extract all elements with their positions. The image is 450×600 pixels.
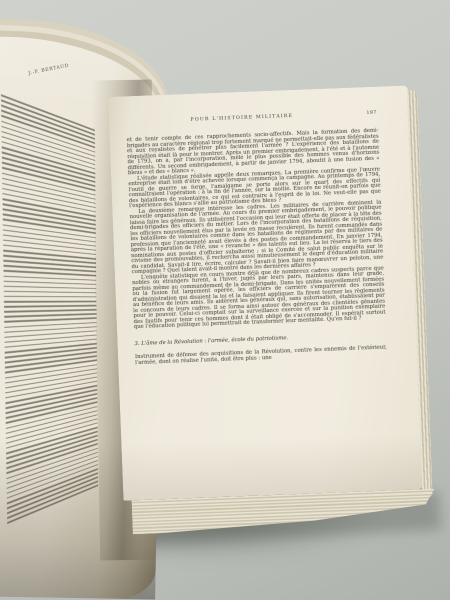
page-text-block: POUR L'HISTOIRE MILITAIRE 197 et de teni… <box>126 111 387 366</box>
page-number: 197 <box>366 111 377 116</box>
fore-edge-page-stack <box>407 90 433 497</box>
closing-paragraph: Instrument de défense des acquisitions d… <box>135 345 387 366</box>
left-running-head: J.-P. BERTAUD <box>28 64 69 77</box>
body-paragraph: La deuxième remarque intéresse les cadre… <box>129 200 383 276</box>
section-heading: 3. L'âme de la Révolution : l'armée, éco… <box>134 332 386 347</box>
page-header: POUR L'HISTOIRE MILITAIRE 197 <box>126 111 378 129</box>
book-photo: J.-P. BERTAUD POUR L'HISTOIRE MILITAIRE … <box>0 0 450 600</box>
right-page: POUR L'HISTOIRE MILITAIRE 197 et de teni… <box>108 85 423 500</box>
running-head: POUR L'HISTOIRE MILITAIRE <box>190 114 293 123</box>
left-page-text-texture <box>1 92 98 524</box>
body-paragraph: L'enquête statistique en cours montre dé… <box>132 266 386 331</box>
